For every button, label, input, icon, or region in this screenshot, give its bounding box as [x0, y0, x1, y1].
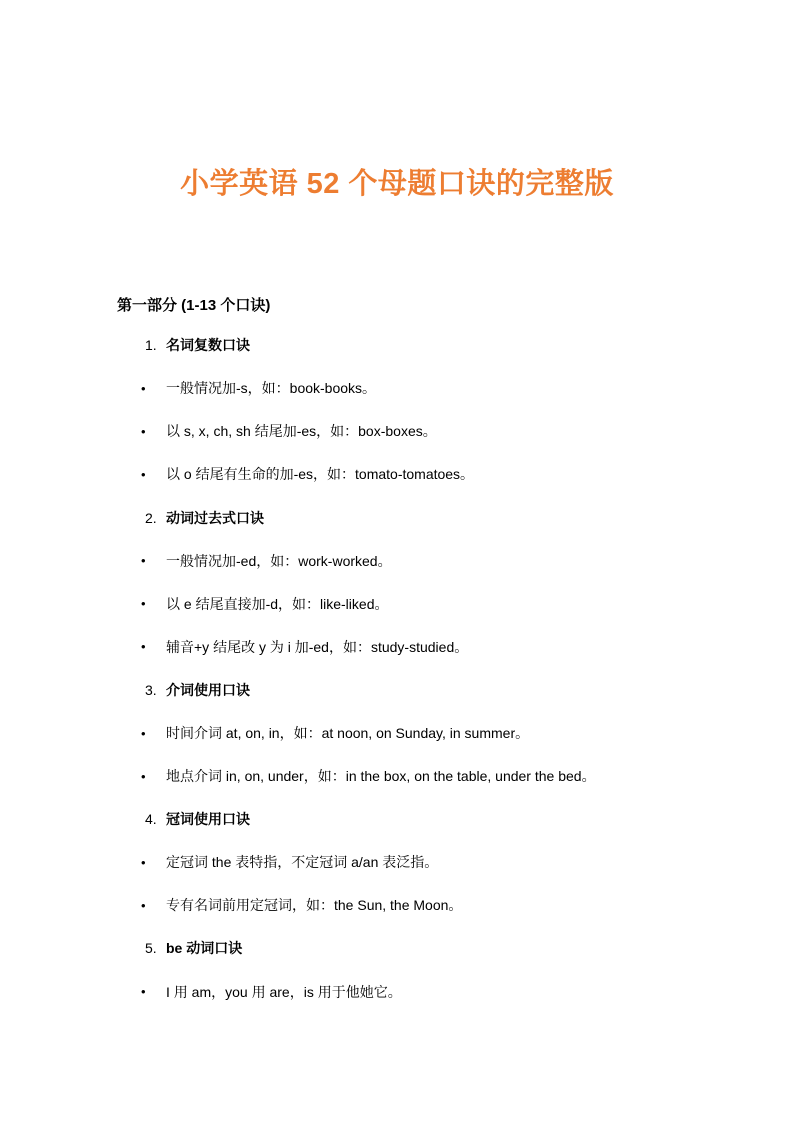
list-bullet-row: •地点介词 in, on, under，如：in the box, on the… — [0, 755, 794, 798]
list-number: 2. — [145, 510, 166, 527]
list-bullet-row: •一般情况加-s，如：book-books。 — [0, 367, 794, 410]
list-text: 辅音+y 结尾改 y 为 i 加-ed，如：study-studied。 — [166, 639, 468, 656]
list-text: 一般情况加-s，如：book-books。 — [166, 380, 376, 397]
list-text: 专有名词前用定冠词，如：the Sun, the Moon。 — [166, 897, 462, 914]
list-text: be 动词口诀 — [166, 940, 242, 957]
list-bullet-row: •辅音+y 结尾改 y 为 i 加-ed，如：study-studied。 — [0, 626, 794, 669]
bullet-icon: • — [141, 381, 166, 397]
list-heading-row: 3.介词使用口诀 — [0, 669, 794, 712]
document-page: 小学英语 52 个母题口诀的完整版 第一部分 (1-13 个口诀) 1.名词复数… — [0, 0, 794, 1123]
bullet-icon: • — [141, 898, 166, 914]
bullet-icon: • — [141, 984, 166, 1000]
list-number: 4. — [145, 811, 166, 828]
list-bullet-row: •以 e 结尾直接加-d，如：like-liked。 — [0, 583, 794, 626]
list-bullet-row: •以 o 结尾有生命的加-es，如：tomato-tomatoes。 — [0, 453, 794, 496]
list-bullet-row: •一般情况加-ed，如：work-worked。 — [0, 539, 794, 582]
list-bullet-row: •I 用 am，you 用 are，is 用于他她它。 — [0, 970, 794, 1013]
list-text: 介词使用口诀 — [166, 682, 250, 699]
list-text: 定冠词 the 表特指，不定冠词 a/an 表泛指。 — [166, 854, 438, 871]
list-bullet-row: •时间介词 at, on, in，如：at noon, on Sunday, i… — [0, 712, 794, 755]
list-bullet-row: •以 s, x, ch, sh 结尾加-es，如：box-boxes。 — [0, 410, 794, 453]
bullet-icon: • — [141, 726, 166, 742]
bullet-icon: • — [141, 424, 166, 440]
list-text: 一般情况加-ed，如：work-worked。 — [166, 553, 392, 570]
bullet-icon: • — [141, 553, 166, 569]
list-number: 1. — [145, 337, 166, 354]
list-text: 冠词使用口诀 — [166, 811, 250, 828]
list-text: 以 o 结尾有生命的加-es，如：tomato-tomatoes。 — [166, 466, 474, 483]
list-heading-row: 4.冠词使用口诀 — [0, 798, 794, 841]
list-number: 3. — [145, 682, 166, 699]
list-heading-row: 2.动词过去式口诀 — [0, 496, 794, 539]
bullet-icon: • — [141, 639, 166, 655]
bullet-icon: • — [141, 769, 166, 785]
list-heading-row: 1.名词复数口诀 — [0, 324, 794, 367]
list-text: I 用 am，you 用 are，is 用于他她它。 — [166, 984, 402, 1001]
bullet-icon: • — [141, 855, 166, 871]
list-text: 以 s, x, ch, sh 结尾加-es，如：box-boxes。 — [166, 423, 437, 440]
list-text: 地点介词 in, on, under，如：in the box, on the … — [166, 768, 596, 785]
bullet-icon: • — [141, 467, 166, 483]
section-header: 第一部分 (1-13 个口诀) — [117, 297, 270, 315]
bullet-icon: • — [141, 596, 166, 612]
list-text: 名词复数口诀 — [166, 337, 250, 354]
list-text: 动词过去式口诀 — [166, 510, 264, 527]
list-bullet-row: •专有名词前用定冠词，如：the Sun, the Moon。 — [0, 884, 794, 927]
list-heading-row: 5.be 动词口诀 — [0, 927, 794, 970]
list-text: 以 e 结尾直接加-d，如：like-liked。 — [166, 596, 388, 613]
list-bullet-row: •定冠词 the 表特指，不定冠词 a/an 表泛指。 — [0, 841, 794, 884]
content-list: 1.名词复数口诀•一般情况加-s，如：book-books。•以 s, x, c… — [0, 324, 794, 1014]
list-text: 时间介词 at, on, in，如：at noon, on Sunday, in… — [166, 725, 529, 742]
document-title: 小学英语 52 个母题口诀的完整版 — [0, 166, 794, 204]
list-number: 5. — [145, 940, 166, 957]
